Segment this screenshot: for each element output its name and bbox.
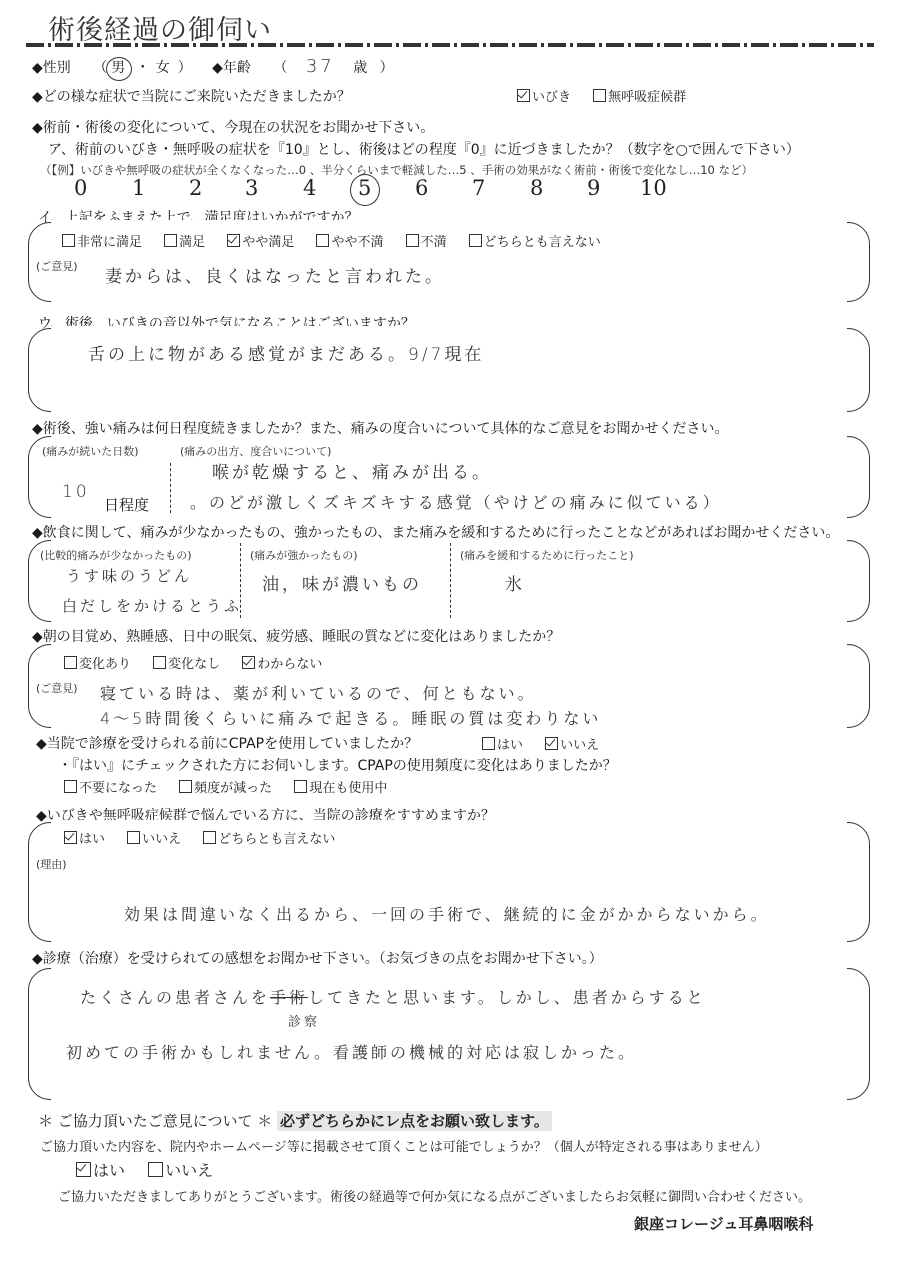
checkbox-icon [164, 234, 177, 247]
option-recommend-yes[interactable]: はい [64, 832, 105, 847]
option-consent-yes[interactable]: はい [76, 1161, 125, 1180]
gender-option-male[interactable]: 男 [111, 60, 125, 76]
checkbox-checked-icon [545, 737, 558, 750]
food-col-2-line-1[interactable]: 油，味が濃いもの [262, 570, 422, 595]
consent-options: はい いいえ [76, 1158, 231, 1181]
gender-option-female[interactable]: 女 [156, 60, 170, 76]
food-col-1-label: (比較的痛みが少なかったもの) [40, 547, 192, 563]
checkbox-icon [406, 234, 419, 247]
clinic-name: 銀座コレージュ耳鼻咽喉科 [634, 1213, 813, 1234]
checkbox-checked-icon [242, 656, 255, 669]
scale-3[interactable]: 3 [245, 176, 258, 200]
scale-8[interactable]: 8 [530, 176, 543, 200]
option-apnea[interactable]: 無呼吸症候群 [593, 90, 686, 105]
improvement-scale: 0 1 2 3 4 5 6 7 8 9 10 [0, 176, 900, 206]
thanks-message: ご協力いただきましてありがとうございます。術後の経過等で何か気になる点がございま… [58, 1186, 811, 1205]
option-satisfied[interactable]: 満足 [164, 235, 205, 250]
checkbox-icon [203, 831, 216, 844]
checkbox-icon [62, 234, 75, 247]
scale-10[interactable]: 10 [640, 176, 667, 200]
option-changed[interactable]: 変化あり [64, 657, 131, 672]
age-unit: 歳 [353, 60, 367, 76]
food-col-3-label: (痛みを緩和するために行ったこと) [460, 547, 634, 563]
checkbox-icon [153, 656, 166, 669]
checkbox-icon [179, 780, 192, 793]
option-very-satisfied[interactable]: 非常に満足 [62, 235, 142, 250]
title-divider [26, 43, 874, 47]
pain-detail-label: (痛みの出方、度合いについて) [180, 443, 331, 459]
comment-label: (ご意見) [36, 258, 78, 274]
option-somewhat-satisfied[interactable]: やや満足 [227, 235, 294, 250]
checkbox-icon [482, 737, 495, 750]
checkbox-icon [64, 656, 77, 669]
selected-circle [350, 174, 380, 206]
column-divider [170, 463, 171, 513]
consent-highlight: 必ずどちらかにレ点をお願い致します。 [277, 1111, 552, 1131]
checkbox-icon [294, 780, 307, 793]
food-col-3-line-1[interactable]: 氷 [505, 570, 525, 595]
food-col-1-line-2[interactable]: 白だしをかけるとうふ [62, 595, 242, 616]
column-divider [450, 543, 451, 618]
scale-6[interactable]: 6 [415, 176, 428, 200]
option-cpap-no[interactable]: いいえ [545, 738, 599, 753]
option-recommend-neither[interactable]: どちらとも言えない [203, 832, 335, 847]
checkbox-checked-icon [517, 89, 530, 102]
scale-4[interactable]: 4 [303, 176, 316, 200]
consent-question: ご協力頂いた内容を、院内やホームページ等に掲載させて頂くことは可能でしょうか？（… [40, 1136, 768, 1155]
gender-label: ◆性別 [32, 60, 71, 76]
change-sub-a: ア、術前のいびき・無呼吸の症状を『10』とし、術後はどの程度『0』に近づきました… [48, 139, 800, 159]
checkbox-icon [316, 234, 329, 247]
age-value[interactable]: 37 [306, 56, 335, 77]
checkbox-checked-icon [227, 234, 240, 247]
option-no-longer-needed[interactable]: 不要になった [64, 781, 157, 796]
option-cpap-yes[interactable]: はい [482, 738, 523, 753]
scale-2[interactable]: 2 [189, 176, 202, 200]
scale-9[interactable]: 9 [587, 176, 600, 200]
pain-days-unit: 日程度 [104, 494, 149, 515]
cpap-followup-options: 不要になった 頻度が減った 現在も使用中 [64, 777, 405, 796]
symptoms-question: ◆どの様な症状で当院にご来院いただきましたか？ [32, 86, 351, 106]
scale-0[interactable]: 0 [74, 176, 87, 200]
sleep-options: 変化あり 変化なし わからない [64, 653, 340, 672]
impressions-correction[interactable]: 診察 [288, 1011, 320, 1030]
impressions-line-2[interactable]: 初めての手術かもしれません。看護師の機械的対応は寂しかった。 [66, 1040, 637, 1063]
satisfaction-options: 非常に満足 満足 やや満足 やや不満 不満 どちらとも言えない [62, 231, 619, 250]
symptoms-options: いびき 無呼吸症候群 [517, 86, 704, 105]
cpap-followup: ・『はい』にチェックされた方にお伺いします。CPAPの使用頻度に変化はありました… [58, 755, 617, 775]
reason-label: (理由) [36, 856, 67, 872]
struck-text: 手術 [270, 988, 308, 1007]
checkbox-icon [593, 89, 606, 102]
satisfaction-comment[interactable]: 妻からは、良くはなったと言われた。 [105, 262, 445, 287]
option-dont-know[interactable]: わからない [242, 657, 322, 672]
option-consent-no[interactable]: いいえ [148, 1161, 213, 1180]
option-snoring[interactable]: いびき [517, 90, 571, 105]
pain-days-value[interactable]: 10 [62, 482, 90, 502]
checkbox-icon [148, 1162, 163, 1177]
option-no-change[interactable]: 変化なし [153, 657, 220, 672]
comment-label: (ご意見) [36, 680, 78, 696]
page-title: 術後経過の御伺い [48, 8, 272, 47]
pain-detail-line-2[interactable]: 。のどが激しくズキズキする感覚（やけどの痛みに似ている） [190, 490, 722, 513]
sleep-comment-line-1[interactable]: 寝ている時は、薬が利いているので、何ともない。 [100, 681, 537, 704]
pain-detail-line-1[interactable]: 喉が乾燥すると、痛みが出る。 [212, 458, 492, 483]
impressions-question: ◆診療（治療）を受けられての感想をお聞かせ下さい。（お気づきの点をお聞かせ下さい… [32, 948, 603, 968]
age-label: ◆年齢 [212, 60, 251, 76]
checkbox-checked-icon [64, 831, 77, 844]
checkbox-checked-icon [76, 1162, 91, 1177]
cpap-options: はい いいえ [482, 734, 617, 753]
option-reduced-frequency[interactable]: 頻度が減った [179, 781, 272, 796]
impressions-line-1[interactable]: たくさんの患者さんを手術してきたと思います。しかし、患者からすると [80, 985, 706, 1008]
food-col-1-line-1[interactable]: うす味のうどん [66, 565, 192, 586]
pain-days-label: (痛みが続いた日数) [42, 443, 139, 459]
other-concerns-answer[interactable]: 舌の上に物がある感覚がまだある。9/7現在 [88, 340, 484, 365]
checkbox-icon [127, 831, 140, 844]
option-recommend-no[interactable]: いいえ [127, 832, 181, 847]
scale-7[interactable]: 7 [472, 176, 485, 200]
food-col-2-label: (痛みが強かったもの) [250, 547, 358, 563]
sleep-comment-line-2[interactable]: 4～5時間後くらいに痛みで起きる。睡眠の質は変わりない [100, 706, 601, 729]
selected-circle [106, 57, 132, 81]
option-still-using[interactable]: 現在も使用中 [294, 781, 387, 796]
recommend-options: はい いいえ どちらとも言えない [64, 828, 353, 847]
option-somewhat-dissatisfied[interactable]: やや不満 [316, 235, 383, 250]
option-neither[interactable]: どちらとも言えない [469, 235, 601, 250]
change-question: ◆術前・術後の変化について、今現在の状況をお聞かせ下さい。 [32, 117, 434, 137]
gender-age-row: ◆性別 （男 ・女） ◆年齢 （ 37 歳 ） [32, 56, 394, 77]
recommend-reason[interactable]: 効果は間違いなく出るから、一回の手術で、継続的に金がかからないから。 [124, 902, 770, 925]
option-dissatisfied[interactable]: 不満 [406, 235, 447, 250]
scale-1[interactable]: 1 [132, 176, 145, 200]
consent-heading: ＊ ご協力頂いたご意見について ＊ 必ずどちらかにレ点をお願い致します。 [38, 1110, 552, 1131]
checkbox-icon [64, 780, 77, 793]
checkbox-icon [469, 234, 482, 247]
cpap-question: ◆当院で診療を受けられる前にCPAPを使用していましたか？ [36, 733, 418, 753]
